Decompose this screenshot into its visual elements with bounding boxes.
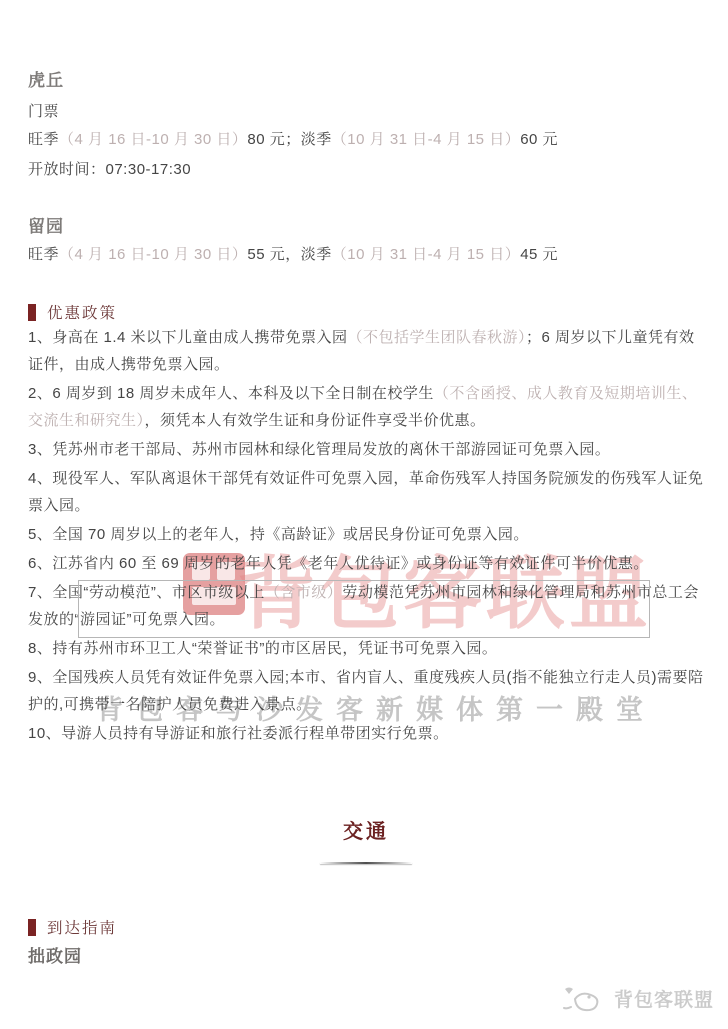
liuyuan-price-line: 旺季（4 月 16 日-10 月 30 日）55 元，淡季（10 月 31 日-…: [28, 241, 704, 268]
article-page: 背包客联盟 背包客与沙发客新媒体第一殿堂 虎丘 门票 旺季（4 月 16 日-1…: [0, 0, 728, 1029]
text-run: 45 元: [520, 246, 558, 263]
muted-text-run: （10 月 31 日-4 月 15 日）: [332, 131, 520, 148]
attraction-title-zhuozhengyuan: 拙政园: [28, 948, 704, 966]
text-run: 旺季: [28, 246, 59, 263]
text-run: ，须凭本人有效学生证和身份证件享受半价优惠。: [145, 412, 486, 429]
arrival-section-title: 到达指南: [47, 916, 117, 938]
discount-item: 2、6 周岁到 18 周岁未成年人、本科及以下全日制在校学生（不含函授、成人教育…: [28, 380, 704, 434]
discount-item: 10、导游人员持有导游证和旅行社委派行程单带团实行免票。: [28, 720, 704, 747]
discount-items: 1、身高在 1.4 米以下儿童由成人携带免票入园（不包括学生团队春秋游）；6 周…: [28, 324, 704, 747]
attraction-title-huqiu: 虎丘: [28, 72, 704, 90]
article-content: 虎丘 门票 旺季（4 月 16 日-10 月 30 日）80 元；淡季（10 月…: [28, 0, 704, 966]
selection-box-overlay: [78, 580, 650, 638]
discount-section-title: 优惠政策: [47, 301, 117, 323]
discount-item: 1、身高在 1.4 米以下儿童由成人携带免票入园（不包括学生团队春秋游）；6 周…: [28, 324, 704, 378]
muted-text-run: （不包括学生团队春秋游）: [348, 329, 527, 346]
muted-text-run: （10 月 31 日-4 月 15 日）: [332, 246, 520, 263]
muted-text-run: （4 月 16 日-10 月 30 日）: [59, 131, 247, 148]
text-run: 3、凭苏州市老干部局、苏州市园林和绿化管理局发放的离休干部游园证可免票入园。: [28, 441, 610, 458]
text-run: 6、江苏省内 60 至 69 周岁的老年人凭《老年人优待证》或身份证等有效证件可…: [28, 555, 649, 572]
discount-item: 9、全国残疾人员凭有效证件免票入园;本市、省内盲人、重度残疾人员(指不能独立行走…: [28, 664, 704, 718]
text-run: 60 元: [520, 131, 558, 148]
discount-item: 8、持有苏州市环卫工人“荣誉证书”的市区居民，凭证书可免票入园。: [28, 635, 704, 662]
huqiu-opening-hours: 开放时间：07:30-17:30: [28, 156, 704, 183]
discount-section-header: 优惠政策: [28, 303, 704, 321]
text-run: 5、全国 70 周岁以上的老年人，持《高龄证》或居民身份证可免票入园。: [28, 526, 529, 543]
text-run: 80 元；: [247, 131, 300, 148]
section-divider: [320, 862, 412, 864]
text-run: 10、导游人员持有导游证和旅行社委派行程单带团实行免票。: [28, 725, 449, 742]
footer-brand: 背包客联盟: [561, 983, 714, 1013]
text-run: 1、身高在 1.4 米以下儿童由成人携带免票入园: [28, 329, 348, 346]
text-run: 4、现役军人、军队离退休干部凭有效证件可免票入园，革命伤残军人持国务院颁发的伤残…: [28, 470, 703, 514]
text-run: 55 元，: [247, 246, 300, 263]
text-run: 淡季: [301, 131, 332, 148]
discount-item: 6、江苏省内 60 至 69 周岁的老年人凭《老年人优待证》或身份证等有效证件可…: [28, 550, 704, 577]
text-run: 9、全国残疾人员凭有效证件免票入园;本市、省内盲人、重度残疾人员(指不能独立行走…: [28, 669, 704, 713]
ticket-label: 门票: [28, 98, 704, 125]
text-run: 淡季: [301, 246, 332, 263]
text-run: 8、持有苏州市环卫工人“荣誉证书”的市区居民，凭证书可免票入园。: [28, 640, 497, 657]
arrival-section-header: 到达指南: [28, 918, 704, 936]
discount-item: 4、现役军人、军队离退休干部凭有效证件可免票入园，革命伤残军人持国务院颁发的伤残…: [28, 465, 704, 519]
red-bar-icon: [28, 304, 36, 321]
discount-item: 3、凭苏州市老干部局、苏州市园林和绿化管理局发放的离休干部游园证可免票入园。: [28, 436, 704, 463]
attraction-title-liuyuan: 留园: [28, 218, 704, 236]
muted-text-run: （4 月 16 日-10 月 30 日）: [59, 246, 247, 263]
transport-section-title: 交通: [28, 820, 704, 844]
text-run: 2、6 周岁到 18 周岁未成年人、本科及以下全日制在校学生: [28, 385, 434, 402]
backpacker-doodle-icon: [561, 983, 607, 1013]
red-bar-icon: [28, 919, 36, 936]
huqiu-price-line: 旺季（4 月 16 日-10 月 30 日）80 元；淡季（10 月 31 日-…: [28, 126, 704, 153]
discount-item: 5、全国 70 周岁以上的老年人，持《高龄证》或居民身份证可免票入园。: [28, 521, 704, 548]
text-run: 旺季: [28, 131, 59, 148]
footer-brand-text: 背包客联盟: [614, 985, 714, 1012]
